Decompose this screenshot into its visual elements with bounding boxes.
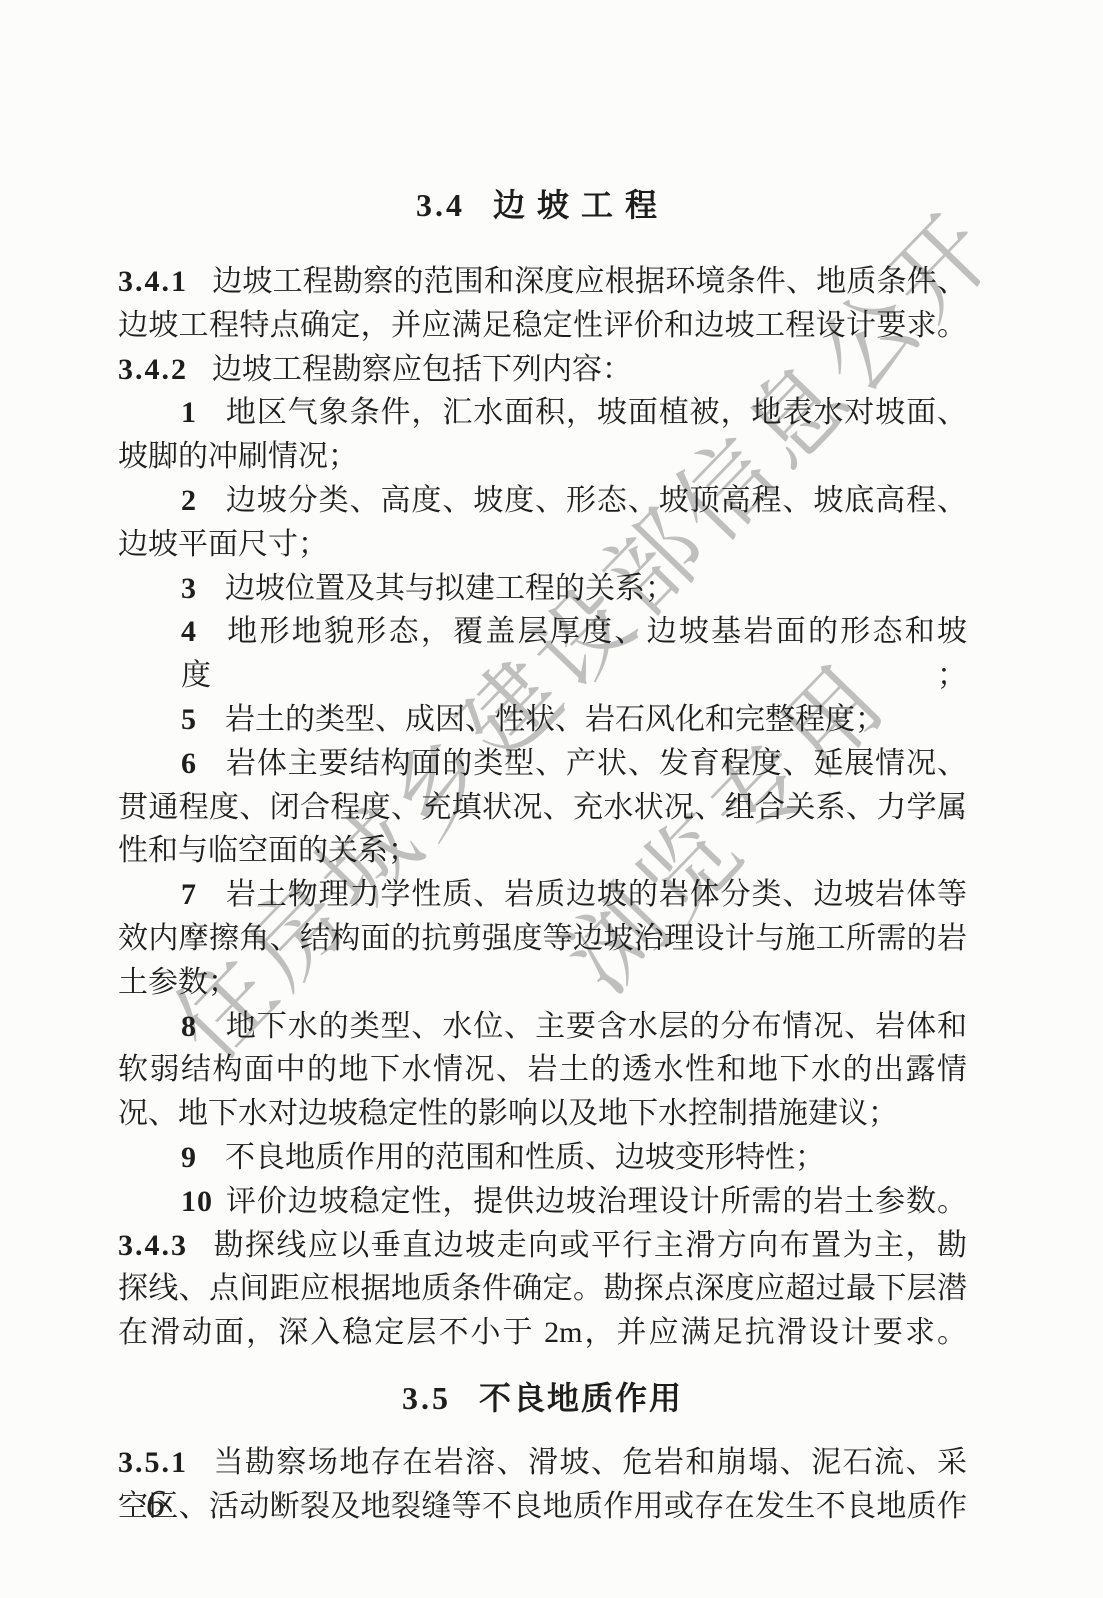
- line-text: 地形地貌形态，覆盖层厚度、边坡基岩面的形态和坡度；: [181, 615, 967, 692]
- list-item-line: 9不良地质作用的范围和性质、边坡变形特性；: [118, 1136, 967, 1180]
- line-text: 岩体主要结构面的类型、产状、发育程度、延展情况、: [225, 747, 967, 780]
- line-text: 边坡位置及其与拟建工程的关系；: [225, 572, 675, 605]
- heading-number: 3.5: [402, 1380, 451, 1416]
- line-text: 性和与临空面的关系；: [118, 834, 418, 867]
- line-text: 效内摩擦角、结构面的抗剪强度等边坡治理设计与施工所需的岩: [118, 922, 967, 955]
- heading-text: 不良地质作用: [479, 1380, 683, 1416]
- continuation-line: 软弱结构面中的地下水情况、岩土的透水性和地下水的出露情: [118, 1048, 967, 1092]
- item-number: 1: [181, 391, 225, 435]
- heading-text: 边坡工程: [493, 187, 669, 223]
- continuation-line: 坡脚的冲刷情况；: [118, 435, 967, 479]
- continuation-line: 边坡工程特点确定，并应满足稳定性评价和边坡工程设计要求。: [118, 304, 967, 348]
- continuation-line: 效内摩擦角、结构面的抗剪强度等边坡治理设计与施工所需的岩: [118, 917, 967, 961]
- continuation-line: 性和与临空面的关系；: [118, 829, 967, 873]
- item-number: 10: [181, 1180, 225, 1224]
- line-text: 地区气象条件，汇水面积，坡面植被，地表水对坡面、: [225, 396, 967, 429]
- item-number: 9: [181, 1136, 225, 1180]
- clause-line: 3.4.2边坡工程勘察应包括下列内容：: [118, 348, 967, 392]
- line-text: 在滑动面，深入稳定层不小于 2m，并应满足抗滑设计要求。: [118, 1316, 967, 1349]
- clause-line: 3.4.3勘探线应以垂直边坡走向或平行主滑方向布置为主，勘: [118, 1224, 967, 1268]
- list-item-line: 1地区气象条件，汇水面积，坡面植被，地表水对坡面、: [118, 391, 967, 435]
- line-text: 不良地质作用的范围和性质、边坡变形特性；: [225, 1141, 825, 1174]
- item-number: 7: [181, 873, 225, 917]
- clause-number: 3.4.2: [118, 353, 188, 386]
- clause-number: 3.5.1: [118, 1446, 188, 1479]
- page-number: 6: [146, 1482, 165, 1526]
- list-item-line: 6岩体主要结构面的类型、产状、发育程度、延展情况、: [118, 742, 967, 786]
- line-text: 地下水的类型、水位、主要含水层的分布情况、岩体和: [225, 1010, 967, 1043]
- line-text: 土参数；: [118, 966, 238, 999]
- line-text: 软弱结构面中的地下水情况、岩土的透水性和地下水的出露情: [118, 1053, 967, 1086]
- list-item-line: 7岩土物理力学性质、岩质边坡的岩体分类、边坡岩体等: [118, 873, 967, 917]
- item-number: 5: [181, 698, 225, 742]
- continuation-line: 空区、活动断裂及地裂缝等不良地质作用或存在发生不良地质作: [118, 1485, 967, 1529]
- list-item-line: 4地形地貌形态，覆盖层厚度、边坡基岩面的形态和坡度；: [118, 610, 967, 698]
- item-number: 8: [181, 1005, 225, 1049]
- line-text: 边坡工程特点确定，并应满足稳定性评价和边坡工程设计要求。: [118, 309, 967, 342]
- item-number: 4: [181, 610, 225, 654]
- list-item-line: 3边坡位置及其与拟建工程的关系；: [118, 567, 967, 611]
- list-item-line: 5岩土的类型、成因、性状、岩石风化和完整程度；: [118, 698, 967, 742]
- continuation-line: 边坡平面尺寸；: [118, 523, 967, 567]
- line-text: 贯通程度、闭合程度、充填状况、充水状况、组合关系、力学属: [118, 791, 967, 824]
- line-text: 边坡分类、高度、坡度、形态、坡顶高程、坡底高程、: [225, 484, 967, 517]
- line-text: 当勘察场地存在岩溶、滑坡、危岩和崩塌、泥石流、采: [212, 1446, 967, 1479]
- line-text: 评价边坡稳定性，提供边坡治理设计所需的岩土参数。: [225, 1185, 967, 1218]
- line-text: 岩土的类型、成因、性状、岩石风化和完整程度；: [225, 703, 885, 736]
- list-item-line: 10评价边坡稳定性，提供边坡治理设计所需的岩土参数。: [118, 1180, 967, 1224]
- line-text: 边坡工程勘察应包括下列内容：: [212, 353, 632, 386]
- heading-number: 3.4: [416, 187, 465, 223]
- continuation-line: 况、地下水对边坡稳定性的影响以及地下水控制措施建议；: [118, 1092, 967, 1136]
- line-text: 探线、点间距应根据地质条件确定。勘探点深度应超过最下层潜: [118, 1272, 967, 1305]
- document-page: 住房城乡建设部信息公开 浏览专用 3.4边坡工程3.4.1边坡工程勘察的范围和深…: [0, 0, 1103, 1598]
- clause-line: 3.4.1边坡工程勘察的范围和深度应根据环境条件、地质条件、: [118, 260, 967, 304]
- line-text: 空区、活动断裂及地裂缝等不良地质作用或存在发生不良地质作: [118, 1490, 967, 1523]
- clause-number: 3.4.3: [118, 1229, 188, 1262]
- line-text: 况、地下水对边坡稳定性的影响以及地下水控制措施建议；: [118, 1097, 898, 1130]
- section-heading: 3.5不良地质作用: [118, 1373, 967, 1423]
- list-item-line: 8地下水的类型、水位、主要含水层的分布情况、岩体和: [118, 1005, 967, 1049]
- item-number: 6: [181, 742, 225, 786]
- list-item-line: 2边坡分类、高度、坡度、形态、坡顶高程、坡底高程、: [118, 479, 967, 523]
- document-content: 3.4边坡工程3.4.1边坡工程勘察的范围和深度应根据环境条件、地质条件、边坡工…: [118, 180, 967, 1529]
- continuation-line: 在滑动面，深入稳定层不小于 2m，并应满足抗滑设计要求。: [118, 1311, 967, 1355]
- line-text: 岩土物理力学性质、岩质边坡的岩体分类、边坡岩体等: [225, 878, 967, 911]
- continuation-line: 贯通程度、闭合程度、充填状况、充水状况、组合关系、力学属: [118, 786, 967, 830]
- line-text: 坡脚的冲刷情况；: [118, 440, 358, 473]
- clause-line: 3.5.1当勘察场地存在岩溶、滑坡、危岩和崩塌、泥石流、采: [118, 1441, 967, 1485]
- continuation-line: 探线、点间距应根据地质条件确定。勘探点深度应超过最下层潜: [118, 1267, 967, 1311]
- clause-number: 3.4.1: [118, 265, 188, 298]
- item-number: 2: [181, 479, 225, 523]
- continuation-line: 土参数；: [118, 961, 967, 1005]
- section-heading: 3.4边坡工程: [118, 180, 967, 230]
- line-text: 边坡平面尺寸；: [118, 528, 328, 561]
- item-number: 3: [181, 567, 225, 611]
- line-text: 边坡工程勘察的范围和深度应根据环境条件、地质条件、: [212, 265, 967, 298]
- line-text: 勘探线应以垂直边坡走向或平行主滑方向布置为主，勘: [212, 1229, 967, 1262]
